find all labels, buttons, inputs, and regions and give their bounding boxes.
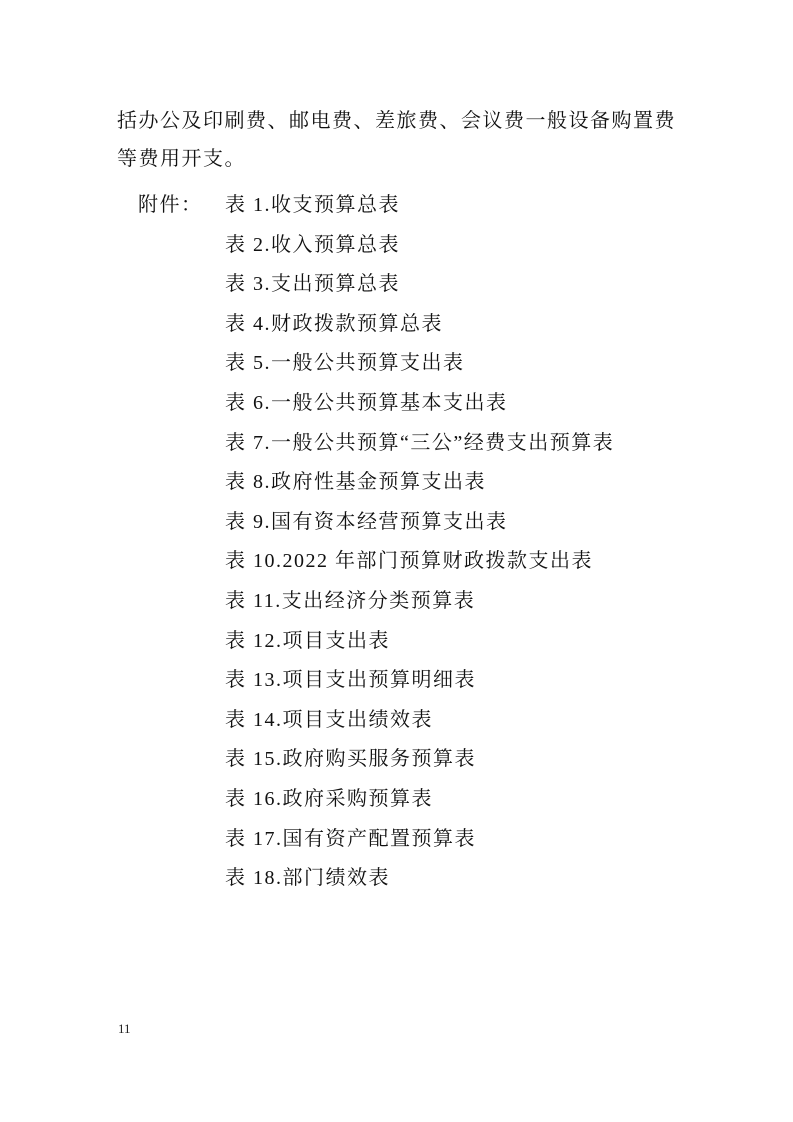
attachment-item-1: 表 1.收支预算总表 <box>225 194 400 216</box>
attachment-row: 表 3.支出预算总表 <box>117 265 679 305</box>
attachments-list: 附件： 表 1.收支预算总表 表 2.收入预算总表 表 3.支出预算总表 表 4… <box>117 186 679 899</box>
attachment-item-16: 表 16.政府采购预算表 <box>225 788 433 810</box>
attachment-row: 表 14.项目支出绩效表 <box>117 701 679 741</box>
attachment-row: 表 15.政府购买服务预算表 <box>117 740 679 780</box>
attachment-item-18: 表 18.部门绩效表 <box>225 867 390 889</box>
attachment-item-15: 表 15.政府购买服务预算表 <box>225 748 476 770</box>
attachment-row: 表 8.政府性基金预算支出表 <box>117 463 679 503</box>
attachment-item-2: 表 2.收入预算总表 <box>225 234 400 256</box>
page-number: 11 <box>118 1020 131 1038</box>
body-text-line-1: 括办公及印刷费、邮电费、差旅费、会议费一般设备购置费 <box>117 102 679 140</box>
attachment-row: 表 17.国有资产配置预算表 <box>117 820 679 860</box>
attachment-row: 表 10.2022 年部门预算财政拨款支出表 <box>117 542 679 582</box>
attachment-item-7: 表 7.一般公共预算“三公”经费支出预算表 <box>225 432 614 454</box>
attachment-item-3: 表 3.支出预算总表 <box>225 273 400 295</box>
attachment-row: 表 13.项目支出预算明细表 <box>117 661 679 701</box>
attachment-item-6: 表 6.一般公共预算基本支出表 <box>225 392 508 414</box>
attachment-row: 附件： 表 1.收支预算总表 <box>117 186 679 226</box>
body-text-line-2: 等费用开支。 <box>117 140 679 178</box>
attachment-row: 表 6.一般公共预算基本支出表 <box>117 384 679 424</box>
attachment-item-17: 表 17.国有资产配置预算表 <box>225 828 476 850</box>
attachment-row: 表 5.一般公共预算支出表 <box>117 344 679 384</box>
attachment-row: 表 7.一般公共预算“三公”经费支出预算表 <box>117 424 679 464</box>
attachment-item-9: 表 9.国有资本经营预算支出表 <box>225 511 508 533</box>
attachment-item-4: 表 4.财政拨款预算总表 <box>225 313 443 335</box>
attachment-item-10: 表 10.2022 年部门预算财政拨款支出表 <box>225 550 593 572</box>
attachment-item-12: 表 12.项目支出表 <box>225 630 390 652</box>
attachment-row: 表 9.国有资本经营预算支出表 <box>117 503 679 543</box>
attachment-row: 表 11.支出经济分类预算表 <box>117 582 679 622</box>
attachment-row: 表 2.收入预算总表 <box>117 226 679 266</box>
attachment-item-8: 表 8.政府性基金预算支出表 <box>225 471 486 493</box>
attachment-row: 表 12.项目支出表 <box>117 622 679 662</box>
attachment-row: 表 4.财政拨款预算总表 <box>117 305 679 345</box>
attachments-label: 附件： <box>138 186 203 226</box>
attachment-item-5: 表 5.一般公共预算支出表 <box>225 352 465 374</box>
attachment-item-13: 表 13.项目支出预算明细表 <box>225 669 476 691</box>
attachment-row: 表 16.政府采购预算表 <box>117 780 679 820</box>
page-content: 括办公及印刷费、邮电费、差旅费、会议费一般设备购置费 等费用开支。 附件： 表 … <box>117 102 679 899</box>
attachment-item-11: 表 11.支出经济分类预算表 <box>225 590 475 612</box>
attachment-item-14: 表 14.项目支出绩效表 <box>225 709 433 731</box>
document-page: 括办公及印刷费、邮电费、差旅费、会议费一般设备购置费 等费用开支。 附件： 表 … <box>0 0 793 1122</box>
attachment-row: 表 18.部门绩效表 <box>117 859 679 899</box>
